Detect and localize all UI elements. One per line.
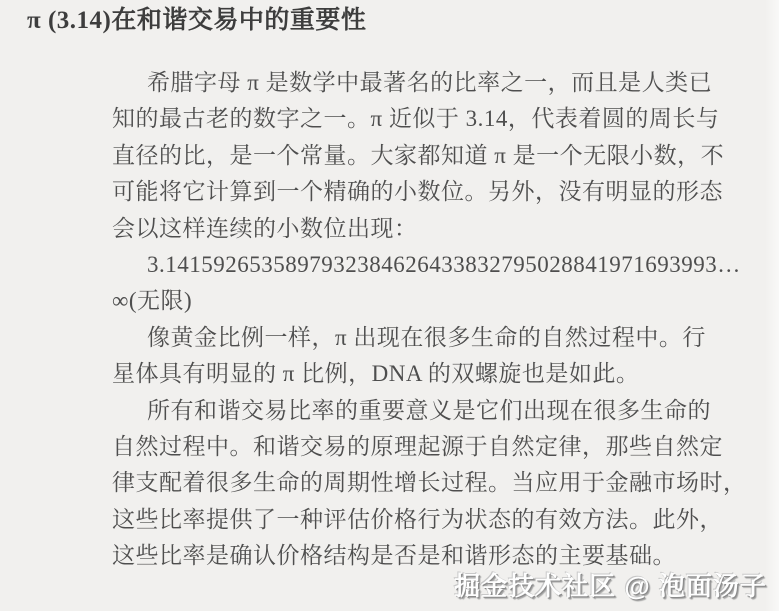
body-text: 希腊字母 π 是数学中最著名的比率之一，而且是人类已知的最古老的数字之一。π 近… — [112, 65, 692, 574]
text-line: 星体具有明显的 π 比例，DNA 的双螺旋也是如此。 — [112, 356, 692, 392]
text-line: 像黄金比例一样，π 出现在很多生命的自然过程中。行 — [112, 320, 692, 356]
text-line: 自然过程中。和谐交易的原理起源于自然定律，那些自然定 — [112, 429, 692, 465]
scanned-page-edge — [765, 0, 779, 611]
text-line: 3.14159265358979323846264338327950288419… — [112, 247, 692, 283]
text-line: 会以这样连续的小数位出现： — [112, 211, 692, 247]
text-line: 希腊字母 π 是数学中最著名的比率之一，而且是人类已 — [112, 65, 692, 101]
text-line: 直径的比，是一个常量。大家都知道 π 是一个无限小数，不 — [112, 138, 692, 174]
text-line: 可能将它计算到一个精确的小数位。另外，没有明显的形态 — [112, 174, 692, 210]
page-title: π (3.14)在和谐交易中的重要性 — [27, 4, 366, 38]
text-line: ∞(无限) — [112, 283, 692, 319]
text-line: 律支配着很多生命的周期性增长过程。当应用于金融市场时， — [112, 465, 692, 501]
watermark: 掘金技术社区 @ 泡面汤子 — [454, 566, 767, 603]
text-line: 知的最古老的数字之一。π 近似于 3.14，代表着圆的周长与 — [112, 101, 692, 137]
text-line: 这些比率提供了一种评估价格行为状态的有效方法。此外， — [112, 502, 692, 538]
text-line: 所有和谐交易比率的重要意义是它们出现在很多生命的 — [112, 393, 692, 429]
